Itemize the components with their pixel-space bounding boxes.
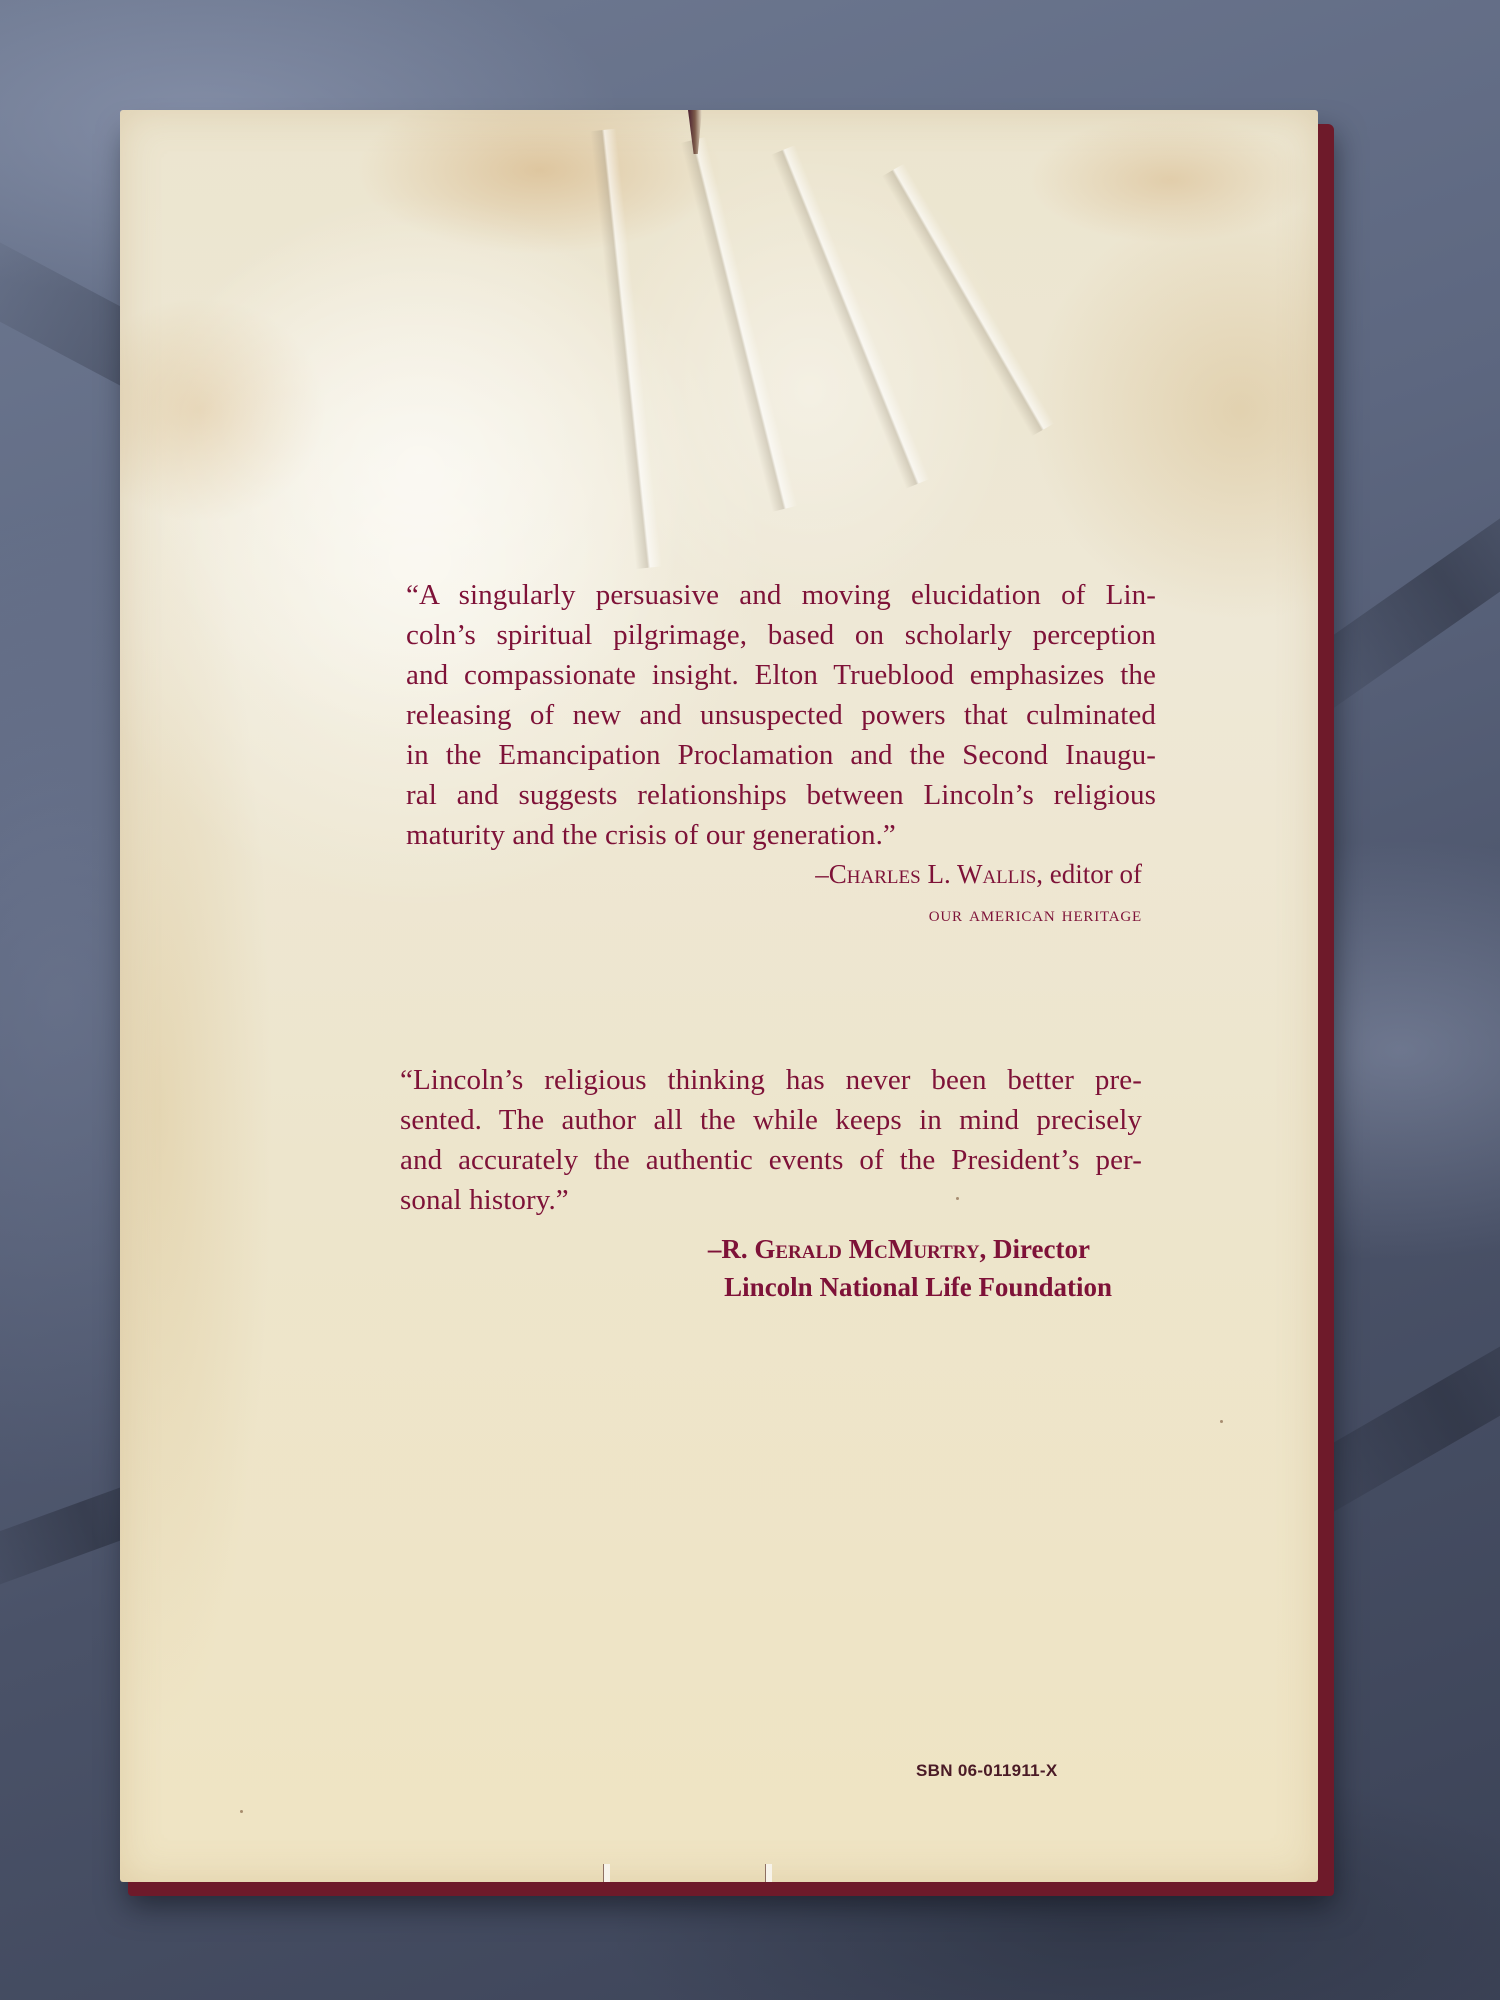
attribution-source: our american heritage	[406, 895, 1142, 933]
jacket-edge-nick	[604, 1864, 610, 1882]
jacket-crease	[882, 164, 1055, 437]
paper-speck	[1220, 1420, 1223, 1423]
quote-attribution: –Charles L. Wallis, editor of	[406, 855, 1142, 893]
paper-speck	[240, 1810, 243, 1813]
quote-line: ral and suggests relationships between L…	[406, 775, 1156, 815]
quote-line: “Lincoln’s religious thinking has never …	[400, 1060, 1142, 1100]
jacket-crease	[590, 129, 662, 569]
quote-line: and compassionate insight. Elton Trueblo…	[406, 655, 1156, 695]
attribution-organization: Lincoln National Life Foundation	[400, 1268, 1112, 1306]
attribution-name: Charles L. Wallis	[829, 859, 1036, 889]
quote-attribution: –R. Gerald McMurtry, Director	[400, 1230, 1090, 1268]
attribution-role: , editor of	[1036, 859, 1142, 889]
review-quote-wallis: “A singularly persuasive and moving eluc…	[406, 575, 1156, 933]
quote-line: in the Emancipation Proclamation and the…	[406, 735, 1156, 775]
quote-line: coln’s spiritual pilgrimage, based on sc…	[406, 615, 1156, 655]
jacket-edge-nick	[766, 1864, 772, 1882]
quote-line: sented. The author all the while keeps i…	[400, 1100, 1142, 1140]
quote-line: “A singularly persuasive and moving eluc…	[406, 575, 1156, 615]
review-quote-mcmurtry: “Lincoln’s religious thinking has never …	[400, 1060, 1142, 1306]
attribution-dash: –	[815, 859, 829, 889]
attribution-role: , Director	[980, 1234, 1090, 1264]
sbn-number: SBN 06-011911-X	[916, 1761, 1058, 1781]
quote-line: maturity and the crisis of our generatio…	[406, 815, 1156, 855]
dust-jacket-back	[120, 110, 1318, 1882]
attribution-dash: –	[708, 1234, 722, 1264]
attribution-name: R. Gerald McMurtry	[721, 1234, 979, 1264]
quote-line: releasing of new and unsuspected powers …	[406, 695, 1156, 735]
jacket-crease	[680, 137, 797, 512]
quote-line: sonal history.”	[400, 1180, 1142, 1220]
quote-line: and accurately the authentic events of t…	[400, 1140, 1142, 1180]
